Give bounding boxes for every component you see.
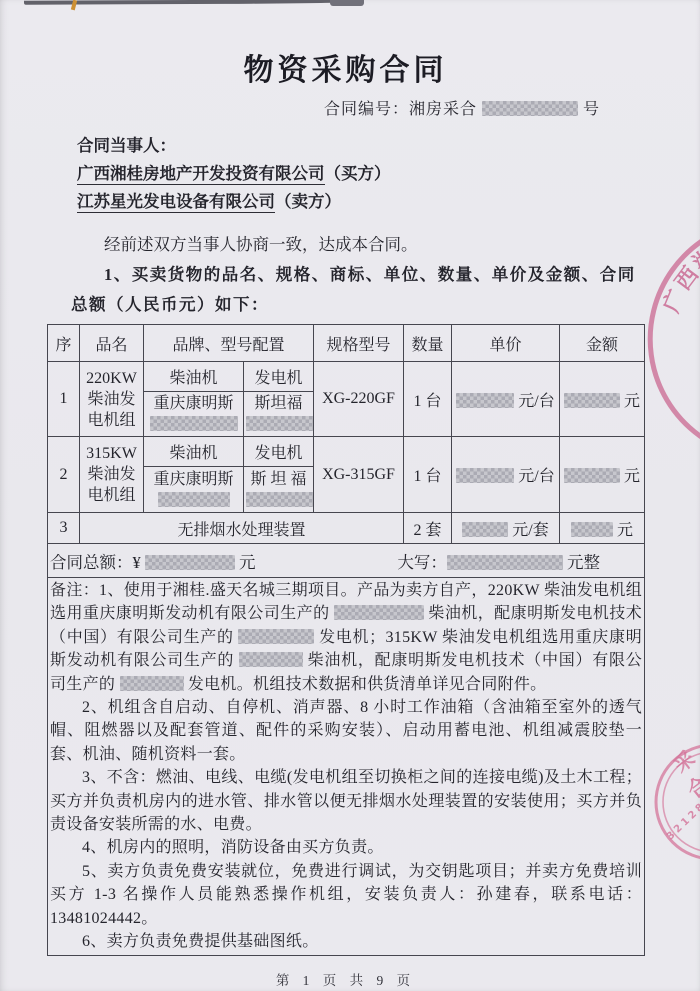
row2-alternator-brand: 斯 坦 福 — [246, 469, 311, 490]
redacted-text — [564, 468, 620, 483]
row1-alternator-brand: 斯坦福 — [246, 393, 311, 414]
goods-table: 序 品名 品牌、型号配置 规格型号 数量 单价 金额 1 220KW柴油发电机组… — [47, 324, 645, 956]
col-name: 品名 — [80, 325, 144, 362]
redacted-text — [447, 555, 563, 570]
redacted-text — [462, 522, 508, 537]
contract-document-page: 物资采购合同 合同编号：湘房采合 号 合同当事人： 广西湘桂房地产开发投资有限公… — [0, 0, 700, 991]
total-caps: 大写： 元整 — [397, 549, 600, 573]
total-value: ¥ 元 — [133, 553, 256, 572]
contract-number-label: 合同编号：湘房采合 — [324, 101, 482, 118]
buyer-line: 广西湘桂房地产开发投资有限公司（买方） — [77, 160, 644, 188]
contract-number-line: 合同编号：湘房采合 号 — [47, 96, 644, 119]
col-spec: 规格型号 — [314, 325, 404, 362]
table-row: 1 220KW柴油发电机组 柴油机 发电机 XG-220GF 1 台 元/台 元 — [48, 362, 645, 392]
row2-alternator-brand-cell: 斯 坦 福 — [244, 467, 314, 513]
redacted-text — [482, 101, 578, 116]
clause1-line2: 总额（人民币元）如下： — [47, 292, 644, 318]
contract-number-value — [482, 101, 578, 118]
row2-name: 315KW柴油发电机组 — [80, 437, 144, 513]
page-number: 第 1 页 共 9 页 — [47, 969, 644, 989]
redacted-text — [145, 555, 235, 570]
row1-alternator-brand-cell: 斯坦福 — [244, 392, 314, 437]
row2-engine-model — [146, 490, 241, 511]
row2-spec: XG-315GF — [314, 437, 404, 513]
seller-role: （卖方） — [275, 192, 341, 211]
table-row: 2 315KW柴油发电机组 柴油机 发电机 XG-315GF 1 台 元/台 元 — [48, 437, 645, 467]
row1-engine-label: 柴油机 — [144, 362, 244, 392]
redacted-text — [564, 393, 620, 408]
row1-amount: 元 — [560, 362, 645, 437]
total-label: 合同总额： — [50, 553, 133, 572]
notes-label: 备注： — [50, 582, 99, 599]
page-title: 物资采购合同 — [47, 45, 644, 89]
note-item-6: 6、卖方负责免费提供基础图纸。 — [50, 930, 642, 953]
note-item-4: 4、机房内的照明，消防设备由买方负责。 — [50, 836, 642, 859]
seller-line: 江苏星光发电设备有限公司（卖方） — [77, 188, 644, 216]
row3-seq: 3 — [48, 513, 80, 544]
col-seq: 序 — [48, 325, 80, 362]
notes-row: 备注：1、使用于湘桂.盛天名城三期项目。产品为卖方自产，220KW 柴油发电机组… — [48, 578, 645, 956]
col-qty: 数量 — [404, 325, 452, 362]
col-unit-price: 单价 — [452, 325, 560, 362]
contract-number-suffix: 号 — [578, 101, 600, 118]
intro-paragraph: 经前述双方当事人协商一致，达成本合同。 — [47, 232, 644, 258]
row1-alternator-model — [246, 414, 311, 435]
table-header-row: 序 品名 品牌、型号配置 规格型号 数量 单价 金额 — [48, 325, 645, 362]
note-item-3: 3、不含：燃油、电线、电缆(发电机组至切换柜之间的连接电缆)及土木工程；买方并负… — [50, 766, 642, 836]
redacted-text — [456, 468, 514, 483]
seller-name: 江苏星光发电设备有限公司 — [77, 192, 275, 213]
table-row: 3 无排烟水处理装置 2 套 元/套 元 — [48, 513, 645, 544]
row2-qty: 1 台 — [404, 437, 452, 513]
note-item-2: 2、机组含自启动、自停机、消声器、8 小时工作油箱（含油箱至室外的透气帽、阻燃器… — [50, 696, 642, 766]
notes-cell: 备注：1、使用于湘桂.盛天名城三期项目。产品为卖方自产，220KW 柴油发电机组… — [48, 578, 645, 956]
parties-block: 合同当事人： 广西湘桂房地产开发投资有限公司（买方） 江苏星光发电设备有限公司（… — [47, 132, 644, 216]
row1-engine-brand-cell: 重庆康明斯 — [144, 392, 244, 437]
buyer-role: （买方） — [325, 164, 391, 183]
row3-description: 无排烟水处理装置 — [80, 513, 404, 544]
row3-qty: 2 套 — [404, 513, 452, 544]
row2-engine-brand: 重庆康明斯 — [146, 469, 241, 490]
row3-unit-price: 元/套 — [452, 513, 560, 544]
row2-seq: 2 — [48, 437, 80, 513]
row1-unit-price: 元/台 — [452, 362, 560, 437]
redacted-text — [246, 416, 314, 431]
row3-amount: 元 — [560, 513, 645, 544]
total-amount: 合同总额：¥ 元 — [50, 549, 256, 573]
row2-engine-label: 柴油机 — [144, 437, 244, 467]
redacted-text — [120, 676, 184, 691]
redacted-text — [246, 492, 314, 507]
total-caps-value: 元整 — [447, 553, 600, 572]
row2-alternator-label: 发电机 — [244, 437, 314, 467]
row1-spec: XG-220GF — [314, 362, 404, 437]
row2-amount: 元 — [560, 437, 645, 513]
row1-seq: 1 — [48, 362, 80, 437]
note-item-1: 备注：1、使用于湘桂.盛天名城三期项目。产品为卖方自产，220KW 柴油发电机组… — [50, 579, 642, 696]
buyer-name: 广西湘桂房地产开发投资有限公司 — [77, 164, 325, 185]
document-content: 物资采购合同 合同编号：湘房采合 号 合同当事人： 广西湘桂房地产开发投资有限公… — [0, 0, 700, 989]
row1-name: 220KW柴油发电机组 — [80, 362, 144, 437]
row1-engine-brand: 重庆康明斯 — [146, 393, 241, 414]
row2-alternator-model — [246, 490, 311, 511]
parties-label: 合同当事人： — [77, 132, 644, 160]
total-row: 合同总额：¥ 元 大写： 元整 — [48, 544, 645, 578]
redacted-text — [571, 522, 613, 537]
row1-qty: 1 台 — [404, 362, 452, 437]
row2-unit-price: 元/台 — [452, 437, 560, 513]
redacted-text — [150, 416, 238, 431]
redacted-text — [239, 652, 303, 667]
row2-engine-brand-cell: 重庆康明斯 — [144, 467, 244, 513]
row1-alternator-label: 发电机 — [244, 362, 314, 392]
clause1-line1: 1、买卖货物的品名、规格、商标、单位、数量、单价及金额、合同 — [47, 262, 644, 288]
row1-engine-model — [146, 414, 241, 435]
col-brand: 品牌、型号配置 — [144, 325, 314, 362]
scan-edge-artifact — [330, 0, 364, 6]
redacted-text — [334, 605, 424, 620]
redacted-text — [238, 629, 314, 644]
total-cell: 合同总额：¥ 元 大写： 元整 — [48, 544, 645, 578]
total-caps-label: 大写： — [397, 553, 447, 572]
redacted-text — [456, 393, 514, 408]
note-item-5: 5、卖方负责免费安装就位，免费进行调试，为交钥匙项目；并卖方免费培训买方 1-3… — [50, 860, 642, 930]
col-amount: 金额 — [560, 325, 645, 362]
redacted-text — [158, 492, 230, 507]
